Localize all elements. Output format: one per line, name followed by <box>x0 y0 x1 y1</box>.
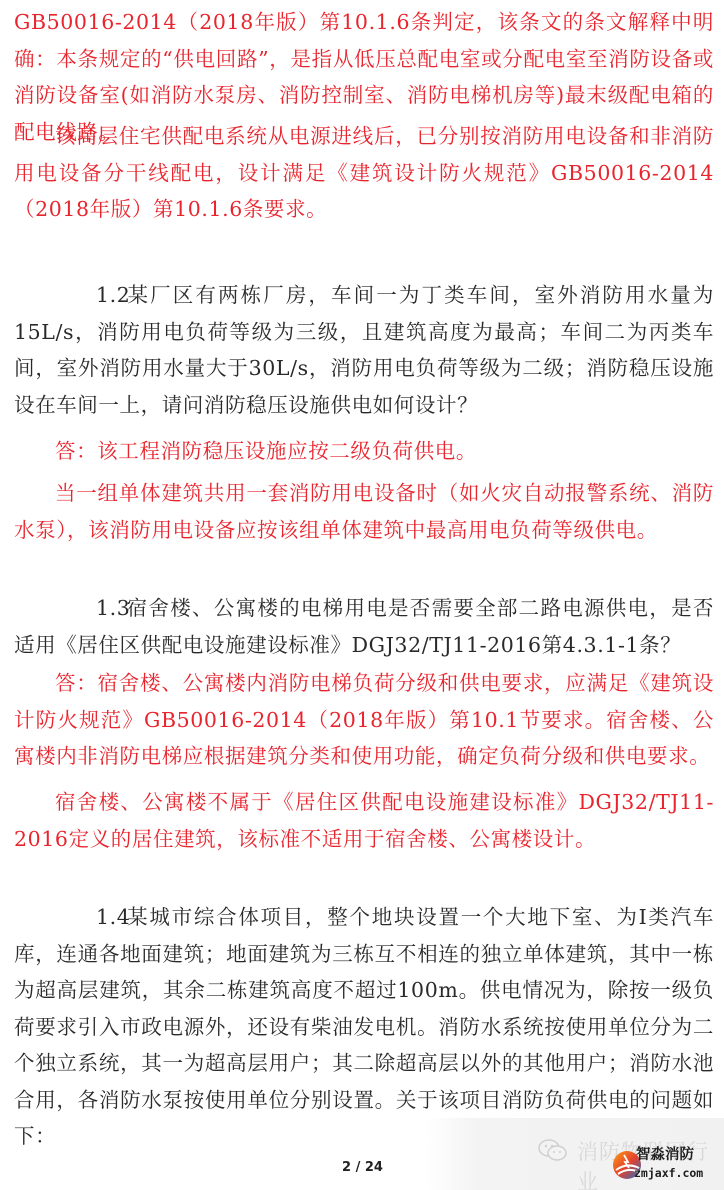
question-1-4: 1.4某城市综合体项目，整个地块设置一个大地下室、为Ⅰ类汽车库，连通各地面建筑；… <box>14 899 714 1155</box>
answer-text: 答：宿舍楼、公寓楼内消防电梯负荷分级和供电要求，应满足《建筑设计防火规范》GB5… <box>14 671 714 768</box>
answer-1-2-main: 答：该工程消防稳压设施应按二级负荷供电。 <box>14 433 714 470</box>
answer-1-2-detail: 当一组单体建筑共用一套消防用电设备时（如火灾自动报警系统、消防水泵），该消防用电… <box>14 475 714 548</box>
document-page: GB50016-2014（2018年版）第10.1.6条判定，该条文的条文解释中… <box>0 0 724 1190</box>
watermark-brand-name: 智淼消防 <box>636 1143 694 1164</box>
question-number: 1.4 <box>55 899 126 936</box>
paragraph-design-conclusion: 该高层住宅供配电系统从电源进线后，已分别按消防用电设备和非消防用电设备分干线配电… <box>14 118 714 228</box>
answer-1-3-detail: 宿舍楼、公寓楼不属于《居住区供配电设施建设标准》DGJ32/TJ11-2016定… <box>14 784 714 857</box>
question-1-2: 1.2某厂区有两栋厂房，车间一为丁类车间，室外消防用水量为15L/s，消防用电负… <box>14 277 714 423</box>
question-1-3: 1.3宿舍楼、公寓楼的电梯用电是否需要全部二路电源供电，是否适用《居住区供配电设… <box>14 590 714 663</box>
answer-1-3-main: 答：宿舍楼、公寓楼内消防电梯负荷分级和供电要求，应满足《建筑设计防火规范》GB5… <box>14 665 714 775</box>
watermark-brand-url: zmjaxf.com <box>634 1166 703 1180</box>
answer-text: 当一组单体建筑共用一套消防用电设备时（如火灾自动报警系统、消防水泵），该消防用电… <box>14 481 714 542</box>
question-number: 1.2 <box>55 277 126 314</box>
page-indicator: 2 / 24 <box>342 1160 383 1175</box>
question-text: 某城市综合体项目，整个地块设置一个大地下室、为Ⅰ类汽车库，连通各地面建筑；地面建… <box>14 905 714 1148</box>
question-number: 1.3 <box>55 590 126 627</box>
paragraph-text: 该高层住宅供配电系统从电源进线后，已分别按消防用电设备和非消防用电设备分干线配电… <box>14 124 714 221</box>
wechat-icon <box>538 1138 568 1162</box>
answer-text: 宿舍楼、公寓楼不属于《居住区供配电设施建设标准》DGJ32/TJ11-2016定… <box>14 790 714 851</box>
answer-text: 答：该工程消防稳压设施应按二级负荷供电。 <box>55 439 477 463</box>
